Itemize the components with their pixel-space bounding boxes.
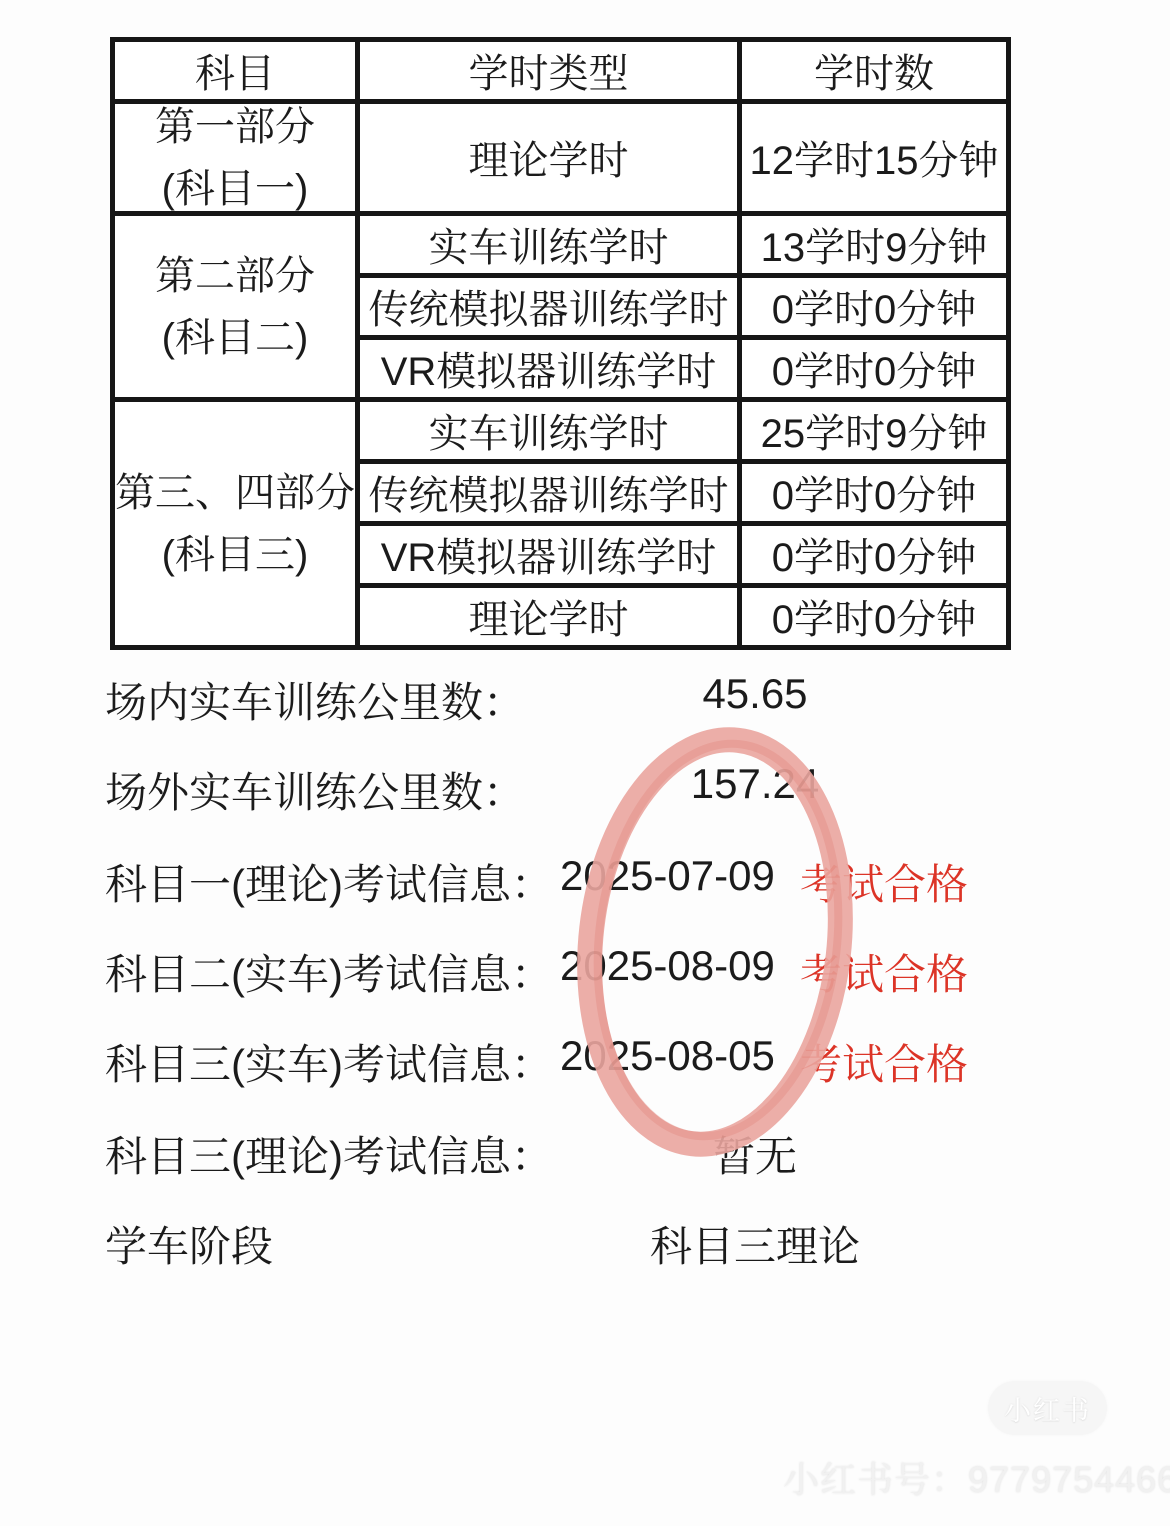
stat-label: 场内实车训练公里数：	[105, 670, 525, 730]
hour-type-cell: 理论学时	[358, 102, 740, 214]
stage-value: 科目三理论	[560, 1214, 950, 1274]
exam-label: 科目三(实车)考试信息：	[105, 1032, 553, 1092]
hour-count-cell: 25学时9分钟	[740, 400, 1009, 462]
table-header-row: 科目 学时类型 学时数	[113, 40, 1009, 102]
exam-line-subject3-theory: 科目三(理论)考试信息： 暂无	[0, 1124, 1170, 1184]
exam-none-value: 暂无	[560, 1124, 950, 1184]
exam-pass-badge: 考试合格	[800, 1032, 968, 1092]
table-row: 第二部分 (科目二) 实车训练学时 13学时9分钟	[113, 214, 1009, 276]
stat-label: 场外实车训练公里数：	[105, 760, 525, 820]
part-subject: (科目三)	[115, 533, 355, 577]
table-row: 第一部分 (科目一) 理论学时 12学时15分钟	[113, 102, 1009, 214]
header-hour-type: 学时类型	[358, 40, 740, 102]
part-cell-1: 第一部分 (科目一)	[113, 102, 358, 214]
part-name: 第一部分	[115, 105, 355, 149]
stat-line-outer-km: 场外实车训练公里数： 157.24	[0, 760, 1170, 820]
exam-date: 2025-07-09	[560, 852, 775, 900]
xiaohongshu-logo-badge: 小红书	[988, 1381, 1107, 1435]
hour-count-cell: 0学时0分钟	[740, 524, 1009, 586]
xiaohongshu-id-watermark: 小红书号：9779754466	[783, 1452, 1170, 1503]
part-cell-3: 第三、四部分 (科目三)	[113, 400, 358, 648]
exam-date: 2025-08-09	[560, 942, 775, 990]
part-name: 第三、四部分	[115, 471, 355, 515]
part-cell-2: 第二部分 (科目二)	[113, 214, 358, 400]
header-subject: 科目	[113, 40, 358, 102]
xiaohongshu-logo-text: 小红书	[1004, 1389, 1091, 1428]
hour-type-cell: VR模拟器训练学时	[358, 524, 740, 586]
part-subject: (科目一)	[115, 167, 355, 211]
screenshot-root: 科目 学时类型 学时数 第一部分 (科目一) 理论学时 12学时15分钟 第二部…	[0, 0, 1170, 1526]
hour-type-cell: VR模拟器训练学时	[358, 338, 740, 400]
exam-line-subject3-vehicle: 科目三(实车)考试信息： 2025-08-05 考试合格	[0, 1032, 1170, 1092]
hour-type-cell: 理论学时	[358, 586, 740, 648]
part-subject: (科目二)	[115, 316, 355, 360]
stat-value: 157.24	[560, 760, 950, 808]
stage-label: 学车阶段	[105, 1214, 273, 1274]
hour-type-cell: 实车训练学时	[358, 214, 740, 276]
hour-type-cell: 传统模拟器训练学时	[358, 462, 740, 524]
exam-pass-badge: 考试合格	[800, 852, 968, 912]
hour-type-cell: 传统模拟器训练学时	[358, 276, 740, 338]
stage-line: 学车阶段 科目三理论	[0, 1214, 1170, 1274]
header-hour-count: 学时数	[740, 40, 1009, 102]
exam-line-subject2-vehicle: 科目二(实车)考试信息： 2025-08-09 考试合格	[0, 942, 1170, 1002]
exam-label: 科目三(理论)考试信息：	[105, 1124, 553, 1184]
training-hours-table: 科目 学时类型 学时数 第一部分 (科目一) 理论学时 12学时15分钟 第二部…	[110, 37, 1011, 650]
hour-count-cell: 12学时15分钟	[740, 102, 1009, 214]
exam-label: 科目一(理论)考试信息：	[105, 852, 553, 912]
hour-type-cell: 实车训练学时	[358, 400, 740, 462]
hour-count-cell: 0学时0分钟	[740, 276, 1009, 338]
hour-count-cell: 0学时0分钟	[740, 462, 1009, 524]
exam-pass-badge: 考试合格	[800, 942, 968, 1002]
exam-date: 2025-08-05	[560, 1032, 775, 1080]
exam-line-subject1-theory: 科目一(理论)考试信息： 2025-07-09 考试合格	[0, 852, 1170, 912]
hour-count-cell: 13学时9分钟	[740, 214, 1009, 276]
exam-label: 科目二(实车)考试信息：	[105, 942, 553, 1002]
hour-count-cell: 0学时0分钟	[740, 338, 1009, 400]
stat-line-inner-km: 场内实车训练公里数： 45.65	[0, 670, 1170, 730]
part-name: 第二部分	[115, 254, 355, 298]
hour-count-cell: 0学时0分钟	[740, 586, 1009, 648]
table-row: 第三、四部分 (科目三) 实车训练学时 25学时9分钟	[113, 400, 1009, 462]
stat-value: 45.65	[560, 670, 950, 718]
